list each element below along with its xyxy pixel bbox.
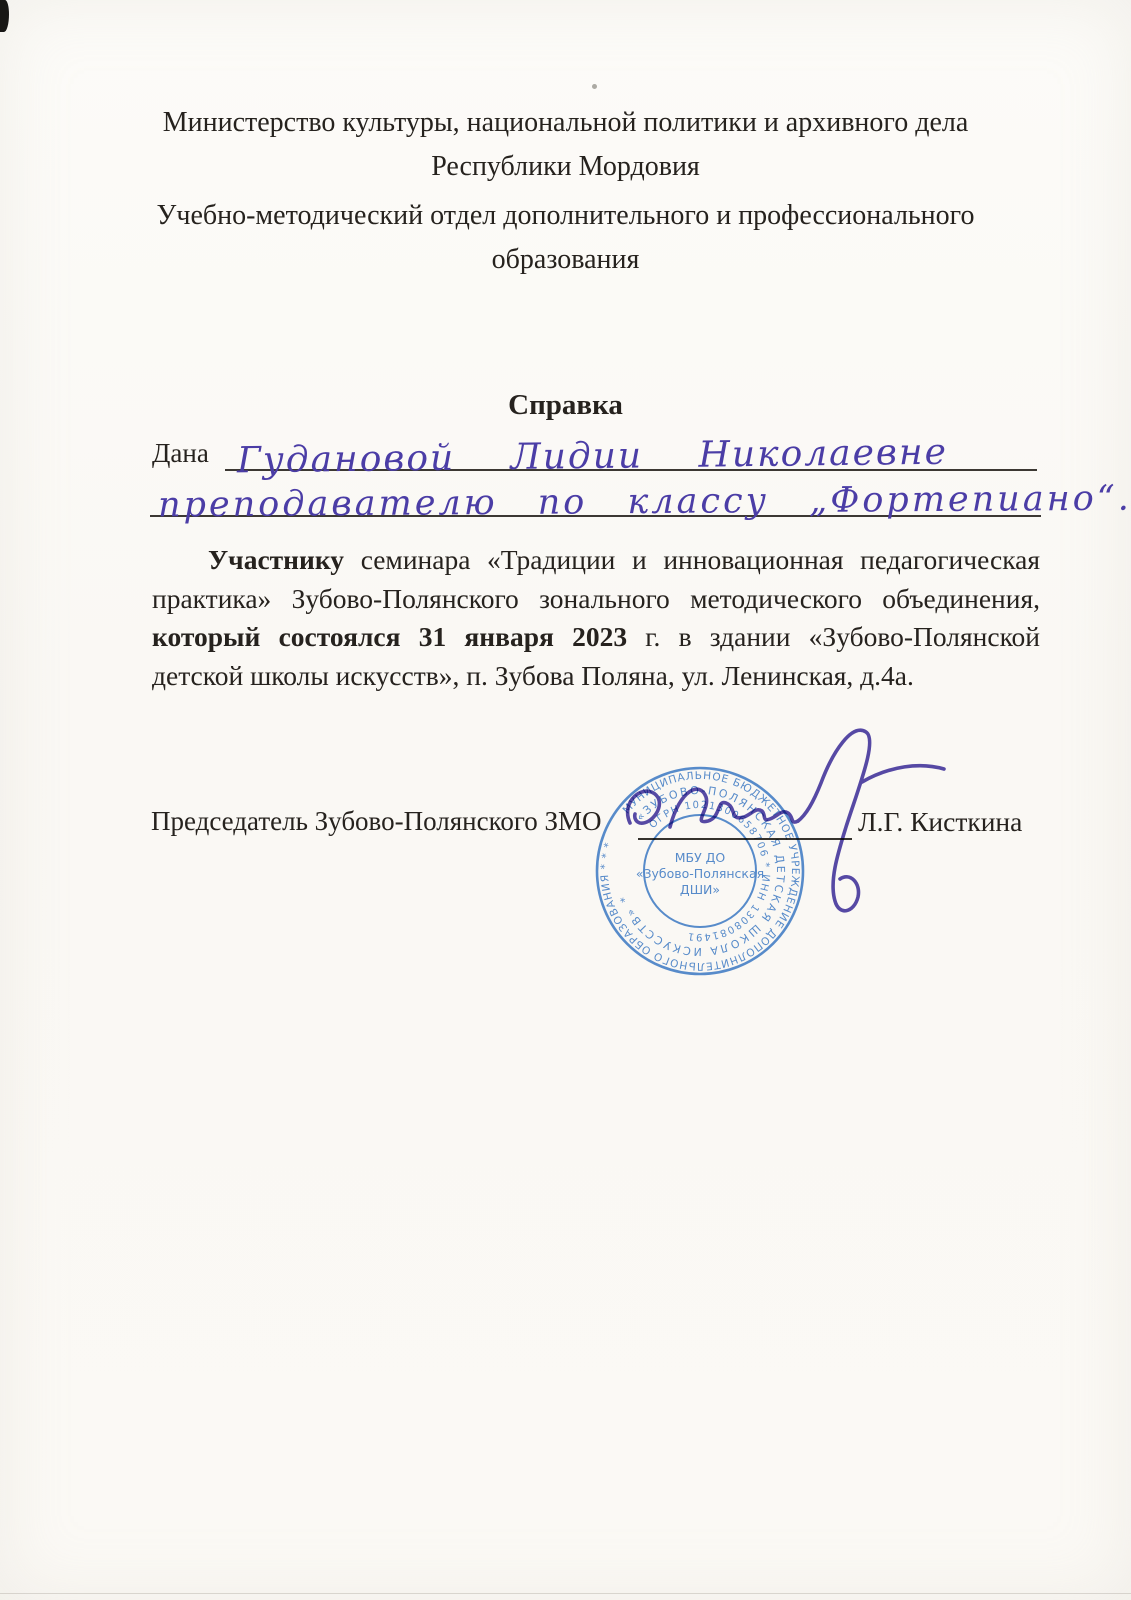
- department-name: Учебно-методический отдел дополнительног…: [70, 194, 1061, 282]
- scan-speck: [592, 84, 597, 89]
- body-segment-date: который состоялся 31 января 2023: [152, 621, 627, 652]
- body-paragraph: Участнику семинара «Традиции и инновацио…: [152, 541, 1040, 695]
- handwritten-signature: [600, 705, 960, 955]
- handwritten-recipient-title: преподавателю по классу „Фортепиано“.: [158, 479, 1131, 526]
- ministry-name: Министерство культуры, национальной поли…: [70, 101, 1061, 189]
- scan-corner-artifact: [0, 0, 9, 32]
- scanned-certificate-page: Министерство культуры, национальной поли…: [0, 0, 1131, 1600]
- signature-stroke-letters: [670, 789, 798, 827]
- department-line-2: образования: [70, 238, 1061, 282]
- ministry-line-1: Министерство культуры, национальной поли…: [70, 101, 1061, 145]
- ministry-line-2: Республики Мордовия: [70, 145, 1061, 189]
- recipient-row-2: преподавателю по классу „Фортепиано“.: [150, 472, 1041, 517]
- paper-crease: [0, 1593, 1131, 1594]
- department-line-1: Учебно-методический отдел дополнительног…: [70, 194, 1061, 238]
- body-segment-participant: Участнику: [208, 544, 344, 575]
- signature-stroke-flourish: [798, 730, 870, 910]
- document-title: Справка: [0, 389, 1131, 422]
- signature-stroke-initial: [628, 791, 660, 823]
- document-header: Министерство культуры, национальной поли…: [70, 101, 1061, 282]
- signatory-title: Председатель Зубово-Полянского ЗМО: [151, 806, 602, 837]
- recipient-row-1: Дана Гудановой Лидии Николаевне: [152, 430, 1037, 471]
- signature-stroke-bar: [862, 766, 944, 782]
- given-label: Дана: [152, 438, 209, 469]
